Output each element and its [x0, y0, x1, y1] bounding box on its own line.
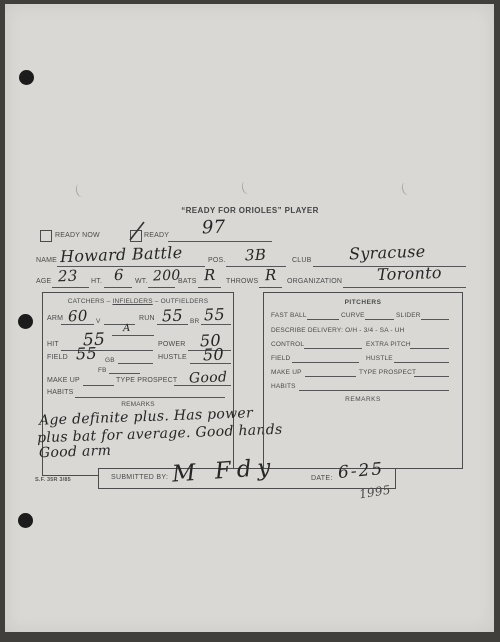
arm-label: ARM: [47, 315, 63, 322]
ready-now-label: READY NOW: [55, 232, 100, 239]
gb-label: GB: [105, 357, 115, 364]
gb-line: [118, 362, 153, 364]
throws-label: THROWS: [226, 278, 258, 285]
weight-value: 200: [153, 269, 181, 284]
power-label: POWER: [158, 341, 185, 348]
ready-value: 97: [202, 219, 226, 238]
hustle-label: HUSTLE: [158, 354, 187, 361]
pitcher-field-label: FIELD: [271, 355, 290, 362]
pitcher-type-prospect-label: TYPE PROSPECT: [359, 369, 416, 376]
control-line: [304, 347, 362, 349]
outfielders-label: – OUTFIELDERS: [155, 298, 209, 305]
habits-line: [75, 396, 225, 398]
organization-value: Toronto: [377, 265, 442, 283]
position-box-title: CATCHERS – INFIELDERS – OUTFIELDERS: [43, 298, 233, 305]
pitchers-box-title: PITCHERS: [264, 299, 462, 306]
height-value: 6: [114, 268, 124, 283]
extra-pitch-line: [410, 347, 449, 349]
weight-label: WT.: [135, 278, 148, 285]
run-value: 55: [162, 308, 184, 325]
pitcher-type-prospect-line: [414, 375, 449, 377]
habits-label: HABITS: [47, 389, 73, 396]
annotation-line: [112, 334, 154, 336]
weight-line: [148, 286, 175, 288]
slider-line: [421, 318, 449, 320]
fastball-label: FAST BALL: [271, 312, 307, 319]
hit-annotation: A: [123, 324, 131, 334]
extra-pitch-label: EXTRA PITCH: [366, 341, 411, 348]
fb-line: [109, 372, 140, 374]
makeup-label: MAKE UP: [47, 377, 80, 384]
throws-value: R: [265, 268, 277, 283]
control-label: CONTROL: [271, 341, 304, 348]
date-label: DATE:: [311, 475, 333, 482]
field-label: FIELD: [47, 354, 68, 361]
ready-line: [168, 240, 272, 242]
fb-label: FB: [98, 367, 107, 374]
slider-label: SLIDER: [396, 312, 421, 319]
field-value: 55: [76, 346, 98, 363]
pos-value: 3B: [245, 248, 267, 264]
punch-hole: [18, 314, 33, 329]
submitted-by-label: SUBMITTED BY:: [111, 474, 168, 481]
date-value: 6-25: [337, 461, 385, 482]
type-prospect-value: Good: [189, 370, 228, 385]
br-value: 55: [204, 307, 226, 324]
velocity-label: V: [96, 318, 101, 325]
height-label: HT.: [91, 278, 102, 285]
punch-hole: [18, 513, 33, 528]
pitchers-box: PITCHERS FAST BALL CURVE SLIDER DESCRIBE…: [263, 292, 463, 469]
position-players-box: CATCHERS – INFIELDERS – OUTFIELDERS ARM …: [42, 292, 234, 476]
pitcher-habits-line: [299, 389, 449, 391]
pitcher-hustle-line: [394, 361, 449, 363]
club-label: CLUB: [292, 257, 311, 264]
hit-line: [61, 349, 153, 351]
bats-value: R: [204, 268, 216, 283]
name-label: NAME: [36, 257, 57, 264]
pos-label: POS.: [208, 257, 226, 264]
pitcher-makeup-line: [305, 375, 356, 377]
ready-now-checkbox: [40, 230, 52, 242]
pitcher-habits-label: HABITS: [271, 383, 296, 390]
pitcher-field-line: [292, 361, 359, 363]
run-label: RUN: [139, 315, 155, 322]
pitcher-remarks-label: REMARKS: [264, 396, 462, 403]
age-line: [52, 286, 89, 288]
remarks-line3: Good arm: [39, 444, 112, 461]
organization-label: ORGANIZATION: [287, 278, 342, 285]
age-label: AGE: [36, 278, 51, 285]
bats-line: [198, 286, 221, 288]
ready-label: READY: [144, 232, 169, 239]
pos-line: [226, 265, 286, 267]
club-value: Syracuse: [349, 244, 426, 263]
throws-line: [259, 286, 282, 288]
makeup-line: [83, 384, 114, 386]
ready-checkmark-icon: [127, 219, 149, 243]
bats-label: BATS: [178, 278, 197, 285]
punch-hole: [19, 70, 34, 85]
curve-label: CURVE: [341, 312, 365, 319]
fastball-line: [307, 318, 339, 320]
type-prospect-label: TYPE PROSPECT: [116, 377, 177, 384]
form-code: S.F. 35R 3/85: [35, 477, 71, 483]
age-value: 23: [58, 269, 78, 285]
pitcher-makeup-label: MAKE UP: [271, 369, 302, 376]
curve-line: [365, 318, 394, 320]
delivery-label: DESCRIBE DELIVERY: O/H - 3/4 - SA - UH: [271, 327, 405, 334]
height-line: [104, 286, 132, 288]
infielders-label: INFIELDERS: [112, 298, 152, 305]
hit-label: HIT: [47, 341, 59, 348]
organization-line: [343, 286, 466, 288]
name-value: Howard Battle: [60, 245, 183, 265]
catchers-label: CATCHERS –: [68, 298, 111, 305]
pitcher-hustle-label: HUSTLE: [366, 355, 393, 362]
form-title: “READY FOR ORIOLES” PLAYER: [100, 206, 400, 215]
arm-value: 60: [68, 309, 88, 325]
br-label: BR: [190, 318, 199, 325]
hustle-value: 50: [203, 347, 225, 364]
